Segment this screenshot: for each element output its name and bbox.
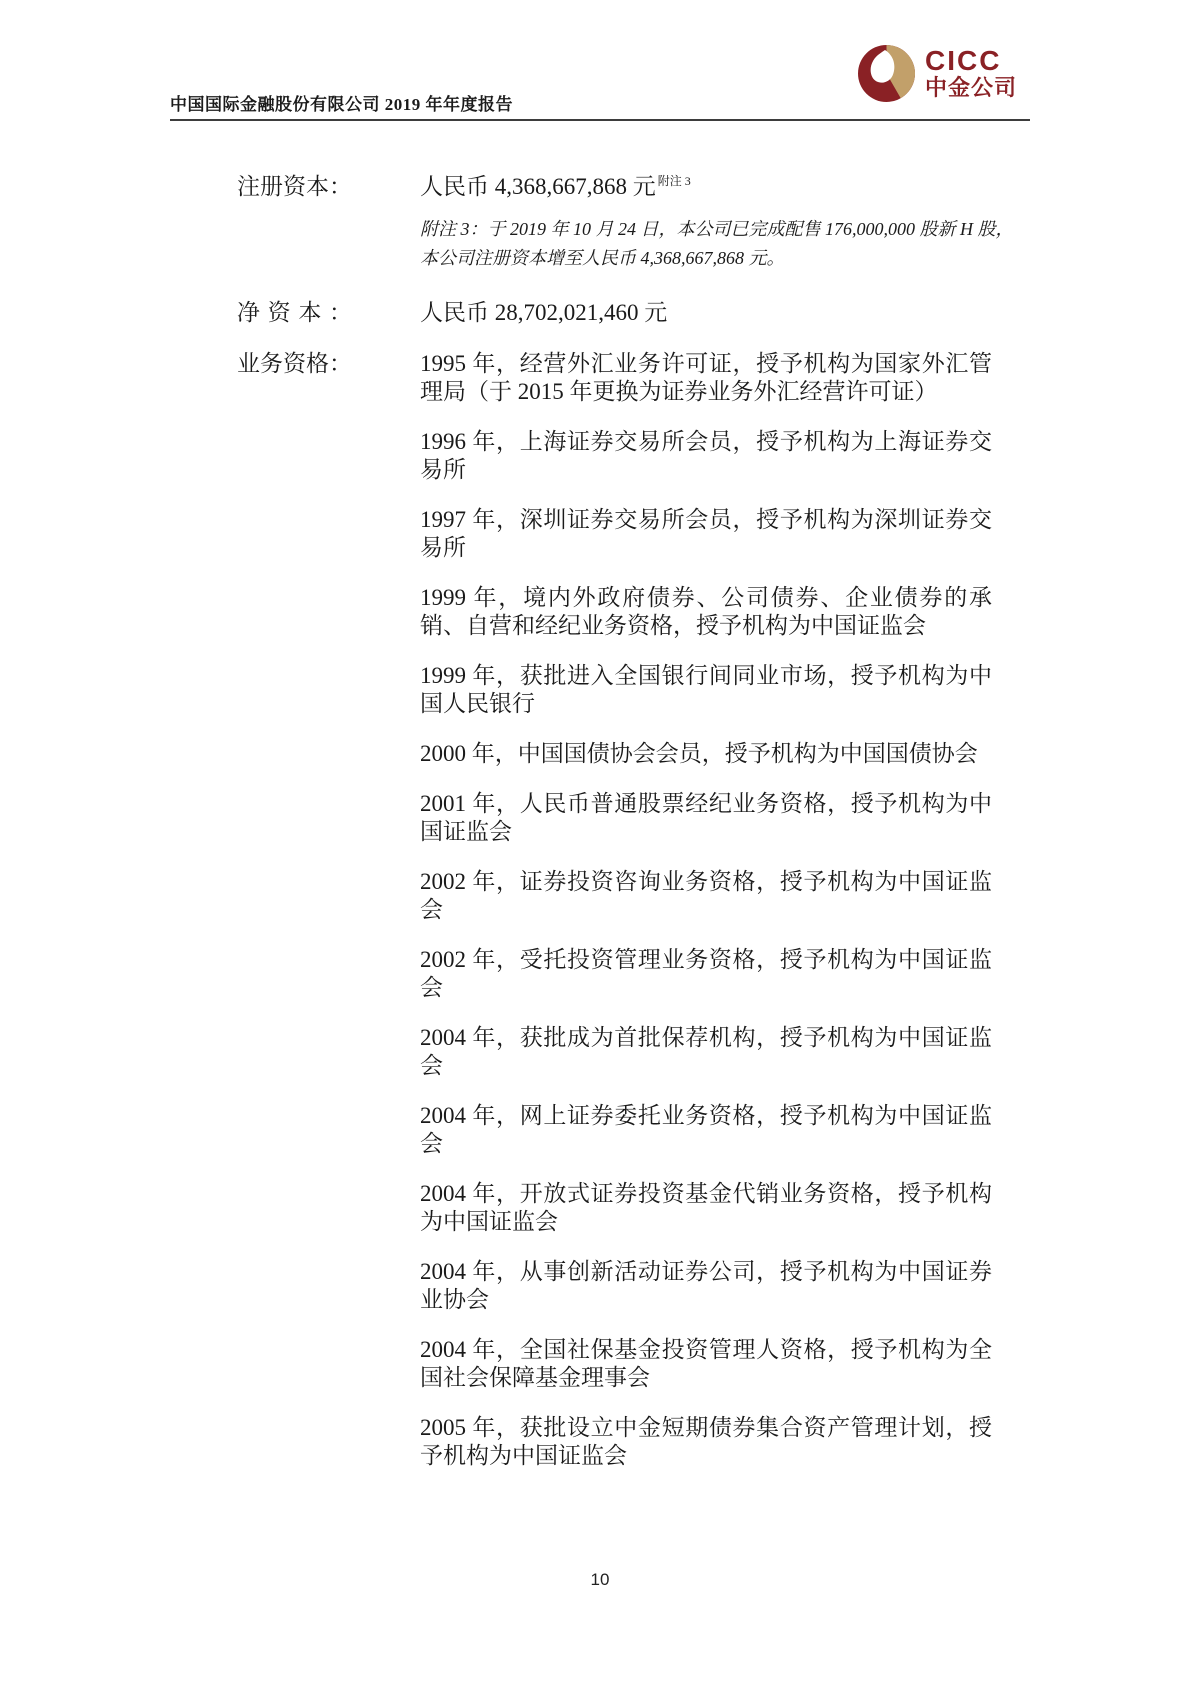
footnote-line-2: 本公司注册资本增至人民币 4,368,667,868 元。 <box>420 244 1037 273</box>
business-qualifications-row: 业务资格： 1995 年，经营外汇业务许可证，授予机构为国家外汇管理局（于 20… <box>237 350 1037 1470</box>
header-divider <box>170 119 1030 121</box>
page-footer: 10 <box>170 1570 1030 1590</box>
cicc-logo: CICC 中金公司 <box>858 45 1017 102</box>
net-capital-label: 净资本： <box>237 298 352 328</box>
business-qualifications-value-block: 1995 年，经营外汇业务许可证，授予机构为国家外汇管理局（于 2015 年更换… <box>420 350 1037 1470</box>
footnote-text: 附注 3：于 2019 年 10 月 24 日，本公司已完成配售 176,000… <box>420 215 1037 273</box>
qualification-item: 2000 年，中国国债协会会员，授予机构为中国国债协会 <box>420 740 992 768</box>
qualification-item: 1997 年，深圳证券交易所会员，授予机构为深圳证券交易所 <box>420 506 992 562</box>
qualification-item: 2004 年，全国社保基金投资管理人资格，授予机构为全国社会保障基金理事会 <box>420 1336 992 1392</box>
logo-company-name: 中金公司 <box>925 75 1017 100</box>
logo-acronym: CICC <box>925 47 1017 75</box>
qualification-list: 1995 年，经营外汇业务许可证，授予机构为国家外汇管理局（于 2015 年更换… <box>420 350 992 1470</box>
qualification-item: 2001 年，人民币普通股票经纪业务资格，授予机构为中国证监会 <box>420 790 992 846</box>
business-qualifications-label: 业务资格： <box>237 350 352 378</box>
logo-text: CICC 中金公司 <box>925 47 1017 100</box>
net-capital-row: 净资本： 人民币 28,702,021,460 元 <box>237 298 1037 328</box>
company-info-section: 注册资本： 人民币 4,368,667,868 元附注 3 附注 3：于 201… <box>237 172 1037 1470</box>
qualification-item: 2002 年，证券投资咨询业务资格，授予机构为中国证监会 <box>420 868 992 924</box>
qualification-item: 2004 年，获批成为首批保荐机构，授予机构为中国证监会 <box>420 1024 992 1080</box>
report-page: 中国国际金融股份有限公司 2019 年年度报告 CICC 中金公司 注册资本： … <box>0 0 1190 1684</box>
qualification-item: 2005 年，获批设立中金短期债券集合资产管理计划，授予机构为中国证监会 <box>420 1414 992 1470</box>
qualification-item: 2004 年，网上证券委托业务资格，授予机构为中国证监会 <box>420 1102 992 1158</box>
registered-capital-value: 人民币 4,368,667,868 元附注 3 <box>420 172 1037 202</box>
registered-capital-row: 注册资本： 人民币 4,368,667,868 元附注 3 附注 3：于 201… <box>237 172 1037 273</box>
page-number: 10 <box>591 1570 610 1589</box>
qualification-item: 2004 年，开放式证券投资基金代销业务资格，授予机构为中国证监会 <box>420 1180 992 1236</box>
qualification-item: 2002 年，受托投资管理业务资格，授予机构为中国证监会 <box>420 946 992 1002</box>
qualification-item: 2004 年，从事创新活动证券公司，授予机构为中国证券业协会 <box>420 1258 992 1314</box>
footnote-line-1: 附注 3：于 2019 年 10 月 24 日，本公司已完成配售 176,000… <box>420 215 1037 244</box>
net-capital-value: 人民币 28,702,021,460 元 <box>420 298 1037 328</box>
qualification-item: 1999 年，境内外政府债券、公司债券、企业债券的承销、自营和经纪业务资格，授予… <box>420 584 992 640</box>
registered-capital-label: 注册资本： <box>237 172 352 202</box>
report-title: 中国国际金融股份有限公司 2019 年年度报告 <box>170 90 513 115</box>
qualification-item: 1995 年，经营外汇业务许可证，授予机构为国家外汇管理局（于 2015 年更换… <box>420 350 992 406</box>
registered-capital-value-block: 人民币 4,368,667,868 元附注 3 附注 3：于 2019 年 10… <box>420 172 1037 273</box>
footnote-reference: 附注 3 <box>658 174 691 188</box>
registered-capital-amount: 人民币 4,368,667,868 元 <box>420 174 656 199</box>
qualification-item: 1996 年，上海证券交易所会员，授予机构为上海证券交易所 <box>420 428 992 484</box>
qualification-item: 1999 年，获批进入全国银行间同业市场，授予机构为中国人民银行 <box>420 662 992 718</box>
cicc-logo-icon <box>858 45 915 102</box>
net-capital-value-block: 人民币 28,702,021,460 元 <box>420 298 1037 328</box>
